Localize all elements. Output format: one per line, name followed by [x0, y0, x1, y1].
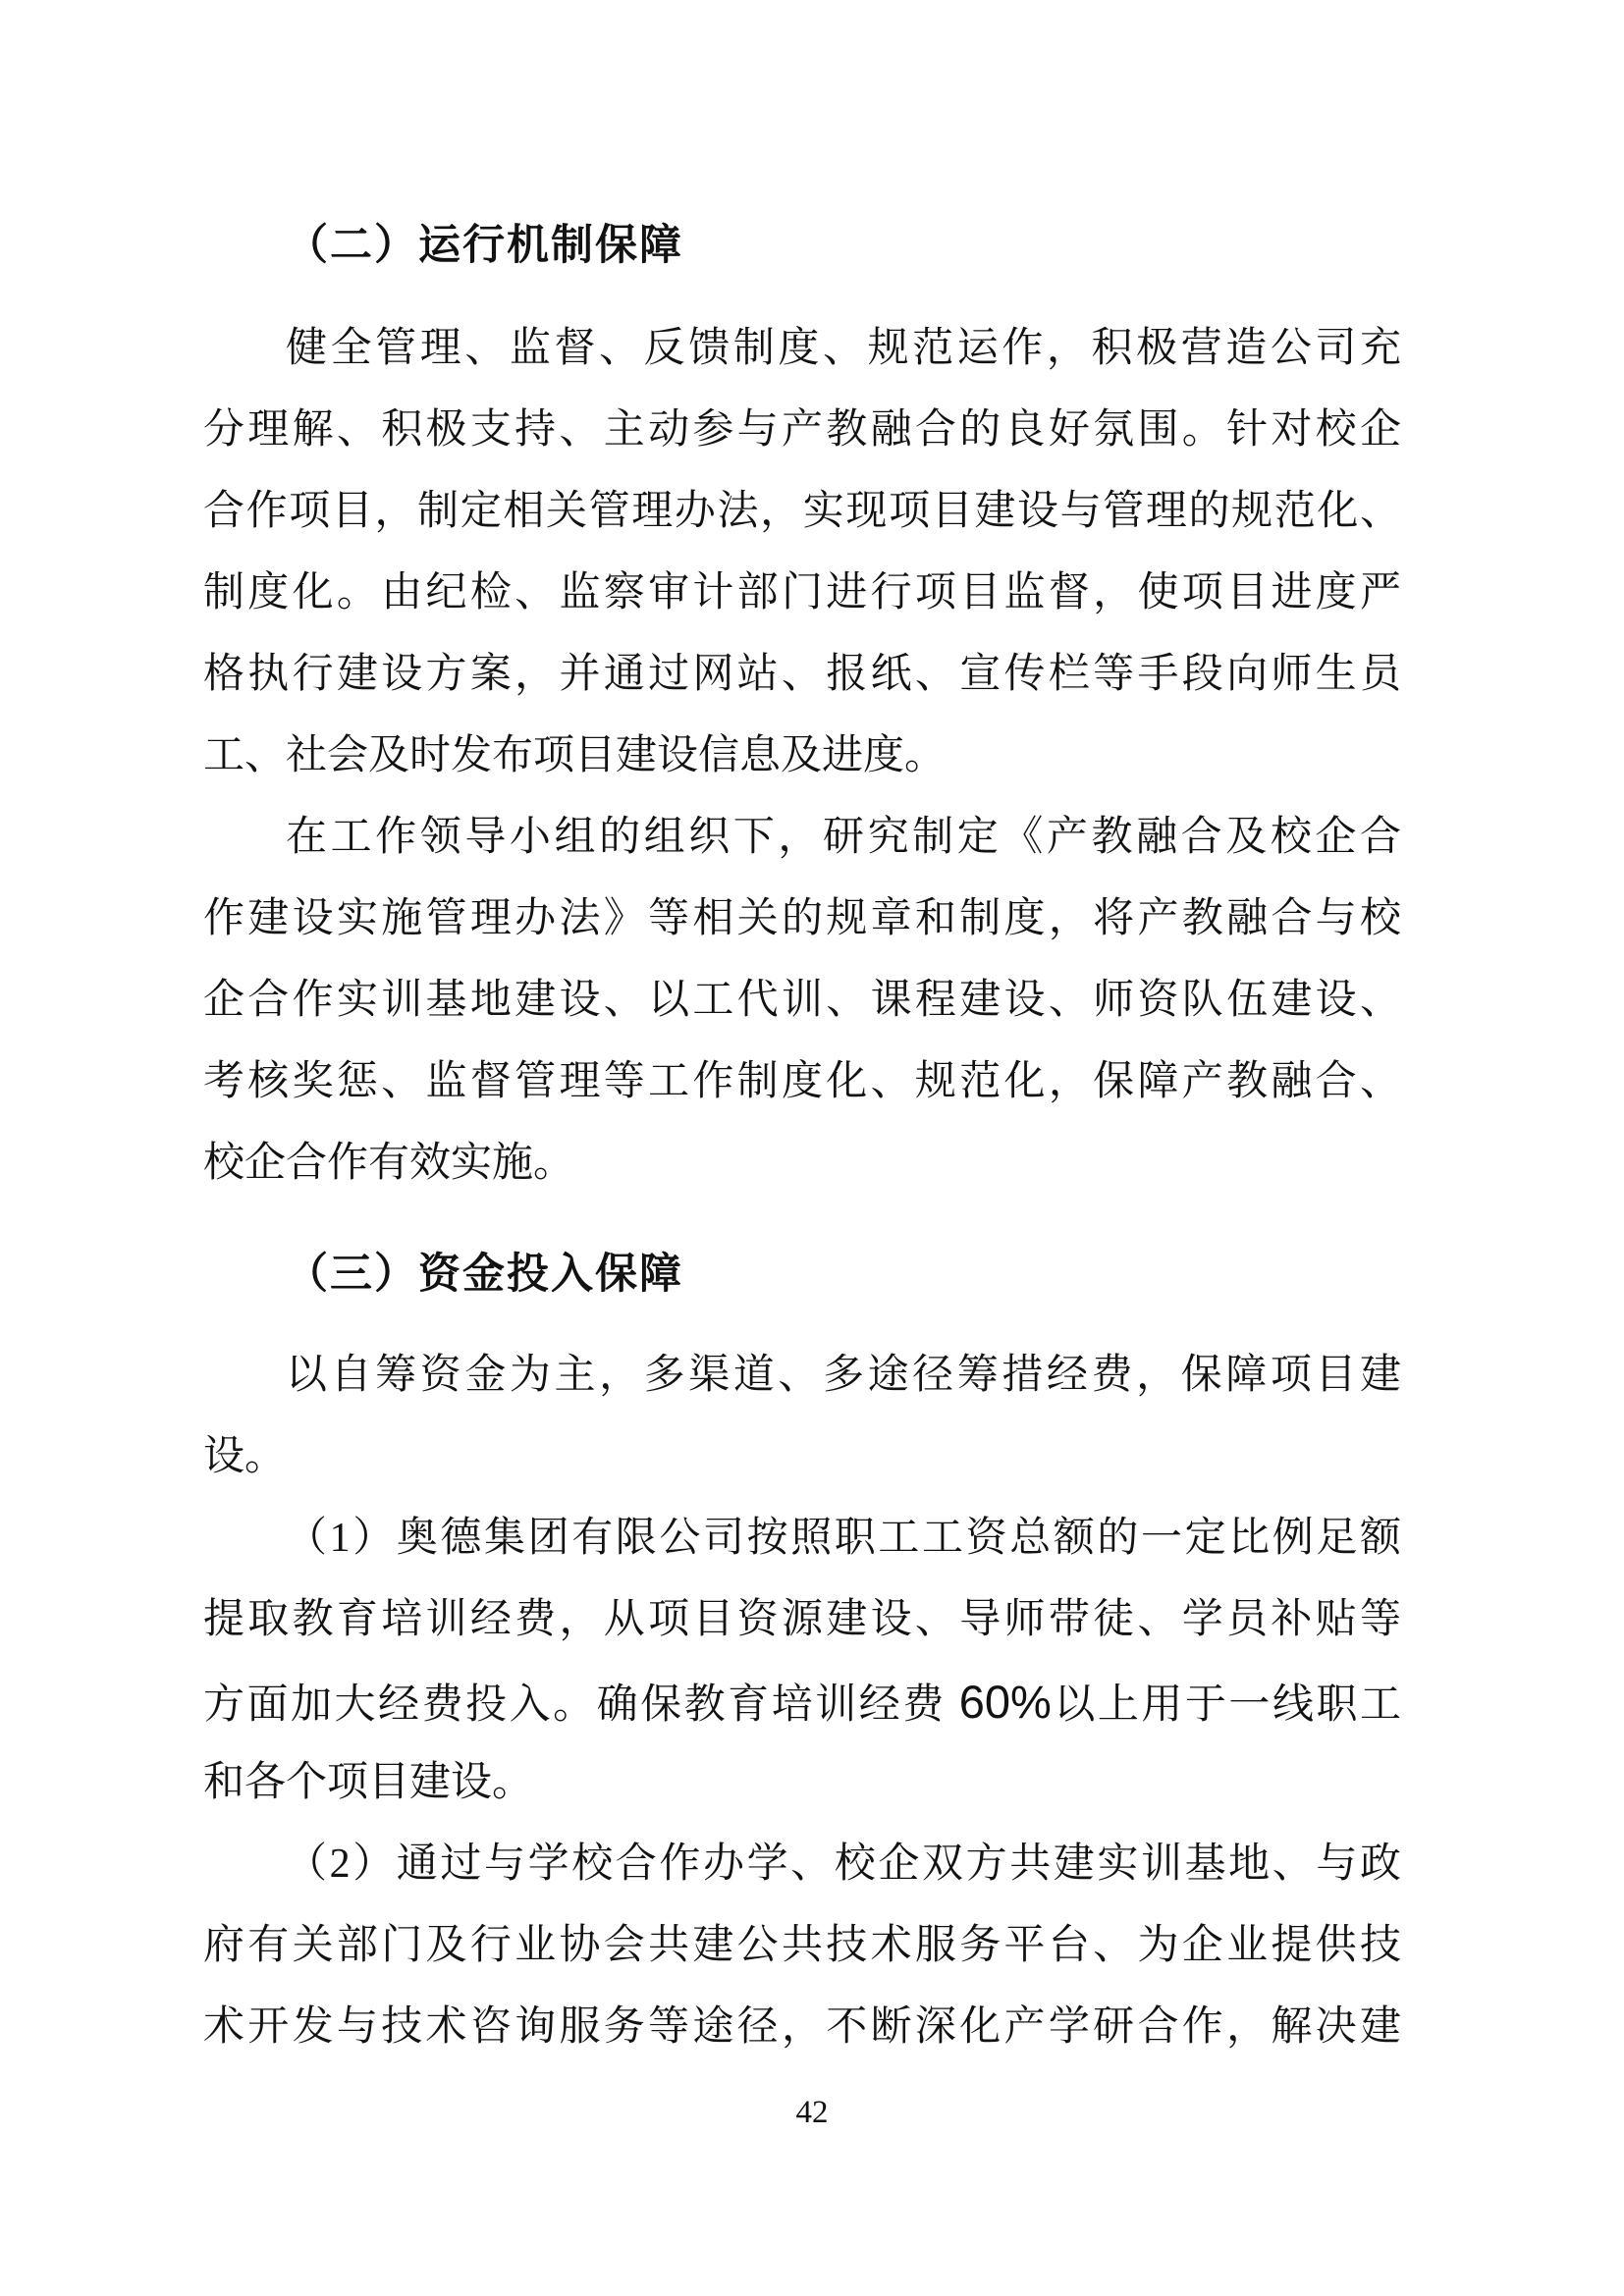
- text-line: 企合作实训基地建设、以工代训、课程建设、师资队伍建设、: [203, 960, 1401, 1041]
- text-line: 格执行建设方案，并通过网站、报纸、宣传栏等手段向师生员: [203, 634, 1401, 716]
- text-line: （1）奥德集团有限公司按照职工工资总额的一定比例足额: [203, 1498, 1401, 1579]
- text-line: 以自筹资金为主，多渠道、多途径筹措经费，保障项目建: [203, 1335, 1401, 1416]
- text-segment: 制度化。由纪检、监察审计部门进行项目监督，使项目进度严: [203, 570, 1401, 615]
- text-segment: 合作项目，制定相关管理办法，实现项目建设与管理的规范化、: [203, 489, 1401, 534]
- text-segment: 在工作领导小组的组织下，研究制定《产教融合及校企合: [286, 815, 1401, 860]
- text-segment: （二）运行机制保障: [286, 223, 683, 269]
- text-segment: 企合作实训基地建设、以工代训、课程建设、师资队伍建设、: [203, 978, 1401, 1023]
- text-segment: 作建设实施管理办法》等相关的规章和制度，将产教融合与校: [203, 896, 1401, 941]
- text-line: 府有关部门及行业协会共建公共技术服务平台、为企业提供技: [203, 1905, 1401, 1987]
- section-heading-3: （三）资金投入保障: [203, 1234, 1401, 1315]
- text-line: 制度化。由纪检、监察审计部门进行项目监督，使项目进度严: [203, 553, 1401, 634]
- text-line: 术开发与技术咨询服务等途径，不断深化产学研合作，解决建: [203, 1987, 1401, 2068]
- text-line: 设。: [203, 1416, 1401, 1498]
- text-segment: 设。: [203, 1434, 286, 1479]
- paragraph: 健全管理、监督、反馈制度、规范运作，积极营造公司充分理解、积极支持、主动参与产教…: [203, 308, 1401, 797]
- paragraph: 在工作领导小组的组织下，研究制定《产教融合及校企合作建设实施管理办法》等相关的规…: [203, 797, 1401, 1204]
- text-line: 校企合作有效实施。: [203, 1123, 1401, 1204]
- section-heading-2: （二）运行机制保障: [203, 205, 1401, 287]
- text-line: 作建设实施管理办法》等相关的规章和制度，将产教融合与校: [203, 879, 1401, 960]
- text-segment: 提取教育培训经费，从项目资源建设、导师带徒、学员补贴等: [203, 1597, 1401, 1642]
- text-segment: 术开发与技术咨询服务等途径，不断深化产学研合作，解决建: [203, 2004, 1401, 2050]
- paragraph: 以自筹资金为主，多渠道、多途径筹措经费，保障项目建设。: [203, 1335, 1401, 1498]
- text-line: 分理解、积极支持、主动参与产教融合的良好氛围。针对校企: [203, 390, 1401, 471]
- text-segment: 健全管理、监督、反馈制度、规范运作，积极营造公司充: [286, 326, 1401, 371]
- text-line: 和各个项目建设。: [203, 1742, 1401, 1824]
- text-line: 合作项目，制定相关管理办法，实现项目建设与管理的规范化、: [203, 471, 1401, 553]
- text-segment: 府有关部门及行业协会共建公共技术服务平台、为企业提供技: [203, 1923, 1401, 1968]
- text-segment: 考核奖惩、监督管理等工作制度化、规范化，保障产教融合、: [203, 1059, 1401, 1104]
- text-line: 考核奖惩、监督管理等工作制度化、规范化，保障产教融合、: [203, 1041, 1401, 1123]
- text-segment: 分理解、积极支持、主动参与产教融合的良好氛围。针对校企: [203, 407, 1401, 453]
- text-segment: （1）奥德集团有限公司按照职工工资总额的一定比例足额: [286, 1516, 1401, 1561]
- page-number: 42: [0, 2093, 1624, 2132]
- text-segment: 校企合作有效实施。: [203, 1141, 574, 1186]
- document-body: （二）运行机制保障健全管理、监督、反馈制度、规范运作，积极营造公司充分理解、积极…: [203, 205, 1401, 2068]
- text-segment: （2）通过与学校合作办学、校企双方共建实训基地、与政: [286, 1842, 1401, 1887]
- document-page: （二）运行机制保障健全管理、监督、反馈制度、规范运作，积极营造公司充分理解、积极…: [0, 0, 1624, 2296]
- text-line: （2）通过与学校合作办学、校企双方共建实训基地、与政: [203, 1824, 1401, 1905]
- text-line: 健全管理、监督、反馈制度、规范运作，积极营造公司充: [203, 308, 1401, 390]
- text-segment: 以上用于一线职工: [1052, 1682, 1401, 1728]
- paragraph: （1）奥德集团有限公司按照职工工资总额的一定比例足额提取教育培训经费，从项目资源…: [203, 1498, 1401, 1824]
- text-line: 在工作领导小组的组织下，研究制定《产教融合及校企合: [203, 797, 1401, 879]
- text-segment: （三）资金投入保障: [286, 1252, 683, 1298]
- text-line: 方面加大经费投入。确保教育培训经费 60%以上用于一线职工: [203, 1661, 1401, 1742]
- text-segment: 以自筹资金为主，多渠道、多途径筹措经费，保障项目建: [286, 1353, 1401, 1398]
- text-segment: 60%: [959, 1676, 1052, 1728]
- text-line: 工、社会及时发布项目建设信息及进度。: [203, 716, 1401, 797]
- paragraph: （2）通过与学校合作办学、校企双方共建实训基地、与政府有关部门及行业协会共建公共…: [203, 1824, 1401, 2068]
- text-segment: 格执行建设方案，并通过网站、报纸、宣传栏等手段向师生员: [203, 652, 1401, 697]
- text-segment: 方面加大经费投入。确保教育培训经费: [203, 1682, 959, 1728]
- text-line: 提取教育培训经费，从项目资源建设、导师带徒、学员补贴等: [203, 1579, 1401, 1661]
- text-segment: 工、社会及时发布项目建设信息及进度。: [203, 733, 946, 778]
- text-segment: 和各个项目建设。: [203, 1760, 533, 1805]
